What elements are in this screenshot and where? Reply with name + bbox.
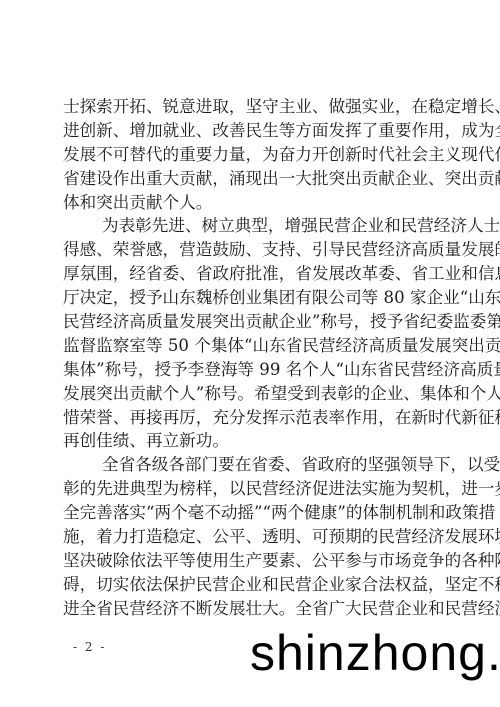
text-line: 为表彰先进、树立典型，增强民营企业和民营经济人士的获 (63, 214, 435, 238)
text-line: 全完善落实“两个毫不动摇”“两个健康”的体制机制和政策措 (63, 501, 435, 525)
text-line: 省建设作出重大贡献，涌现出一大批突出贡献企业、突出贡献集 (63, 167, 435, 191)
text-line: 士探索开拓、锐意进取，坚守主业、做强实业，在稳定增长、促 (63, 95, 435, 119)
page-number: - 2 - (73, 640, 106, 654)
text-line: 施，着力打造稳定、公平、透明、可预期的民营经济发展环境， (63, 525, 435, 549)
text-line: 进创新、增加就业、改善民生等方面发挥了重要作用，成为全省 (63, 119, 435, 143)
text-line: 彰的先进典型为榜样，以民营经济促进法实施为契机，进一步健 (63, 477, 435, 501)
text-line: 坚决破除依法平等使用生产要素、公平参与市场竞争的各种障 (63, 549, 435, 573)
text-line: 全省各级各部门要在省委、省政府的坚强领导下，以受到表 (63, 453, 435, 477)
text-line: 发展突出贡献个人”称号。希望受到表彰的企业、集体和个人珍 (63, 382, 435, 406)
paragraph-1: 士探索开拓、锐意进取，坚守主业、做强实业，在稳定增长、促 进创新、增加就业、改善… (63, 95, 435, 214)
text-line: 民营经济高质量发展突出贡献企业”称号，授予省纪委监委第二 (63, 310, 435, 334)
text-line: 再创佳绩、再立新功。 (63, 429, 435, 453)
text-line: 得感、荣誉感，营造鼓励、支持、引导民营经济高质量发展的浓 (63, 238, 435, 262)
text-line: 厅决定，授予山东魏桥创业集团有限公司等 80 家企业“山东省 (63, 286, 435, 310)
text-line: 体和突出贡献个人。 (63, 191, 435, 215)
text-line: 发展不可替代的重要力量，为奋力开创新时代社会主义现代化强 (63, 143, 435, 167)
paragraph-2: 为表彰先进、树立典型，增强民营企业和民营经济人士的获 得感、荣誉感，营造鼓励、支… (63, 214, 435, 453)
text-line: 碍，切实依法保护民营企业和民营企业家合法权益，坚定不移促 (63, 573, 435, 597)
watermark: shinzhong. (250, 624, 500, 682)
document-body: 士探索开拓、锐意进取，坚守主业、做强实业，在稳定增长、促 进创新、增加就业、改善… (63, 95, 435, 621)
paragraph-3: 全省各级各部门要在省委、省政府的坚强领导下，以受到表 彰的先进典型为榜样，以民营… (63, 453, 435, 620)
text-line: 厚氛围，经省委、省政府批准，省发展改革委、省工业和信息化 (63, 262, 435, 286)
text-line: 惜荣誉、再接再厉，充分发挥示范表率作用，在新时代新征程中 (63, 406, 435, 430)
text-line: 集体”称号，授予李登海等 99 名个人“山东省民营经济高质量 (63, 358, 435, 382)
text-line: 进全省民营经济不断发展壮大。全省广大民营企业和民营经济人 (63, 597, 435, 621)
text-line: 监督监察室等 50 个集体“山东省民营经济高质量发展突出贡献 (63, 334, 435, 358)
